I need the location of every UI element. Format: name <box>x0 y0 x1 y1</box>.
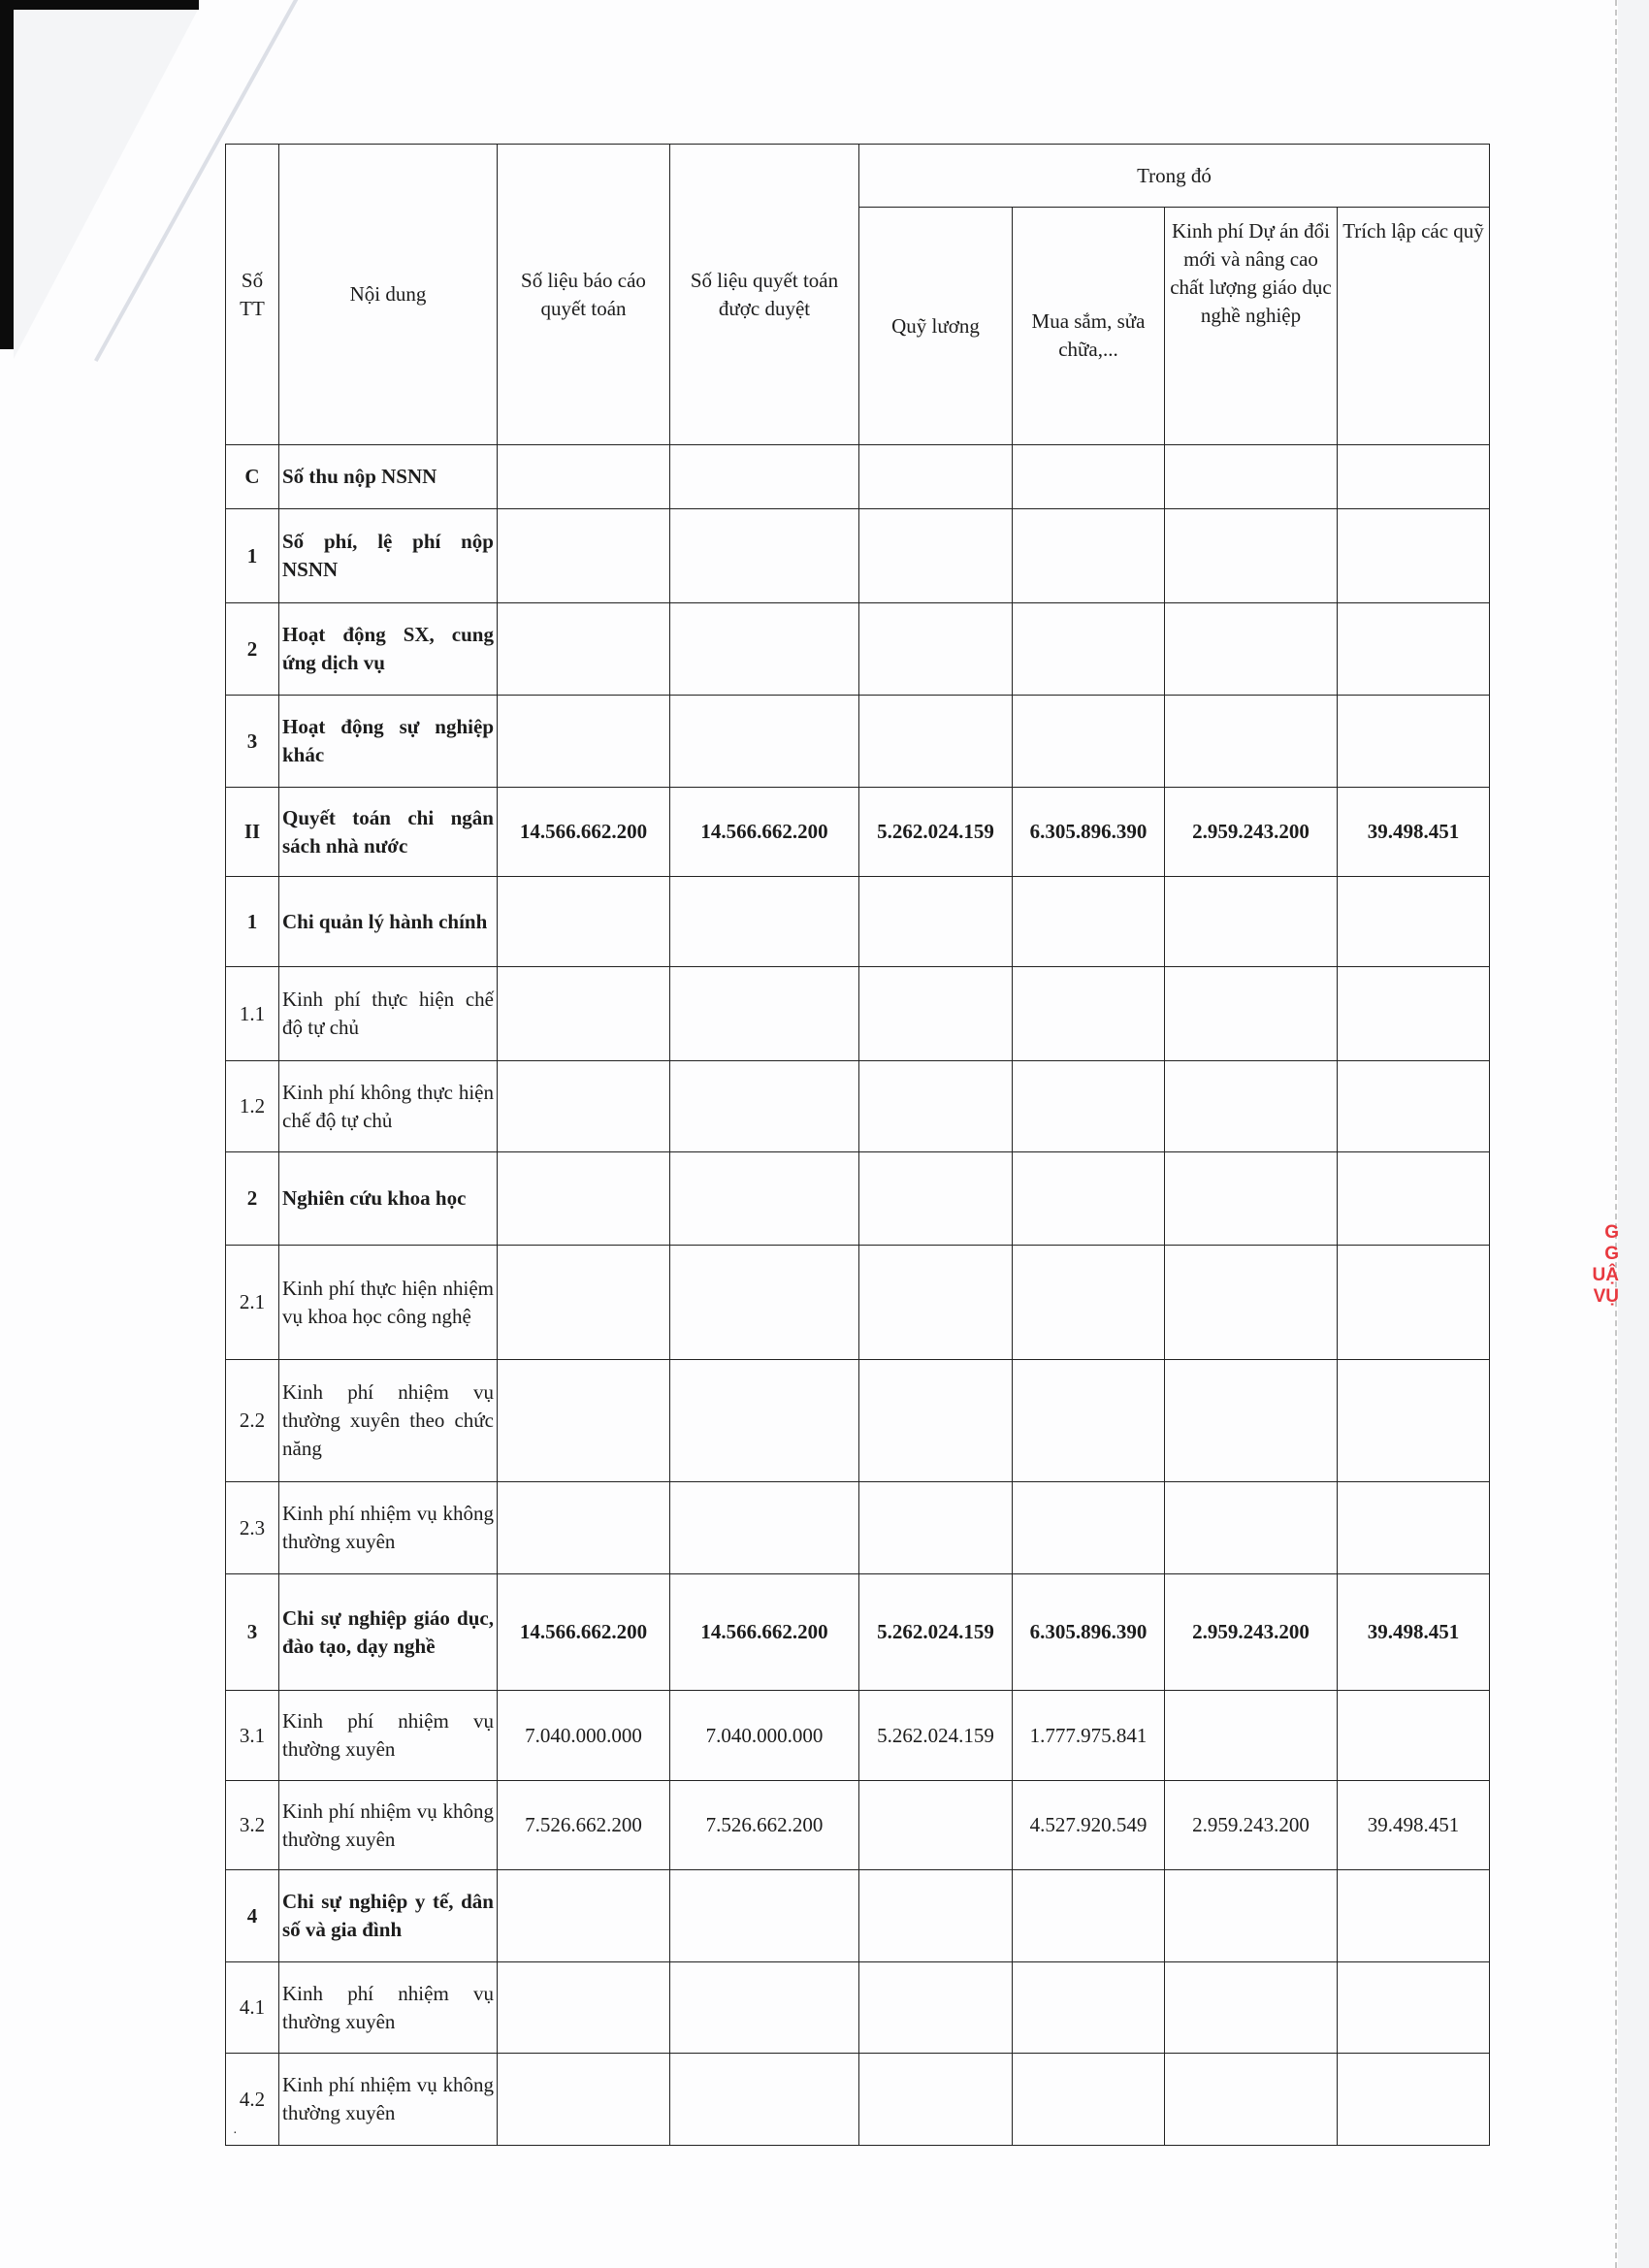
scan-border-left <box>0 0 14 349</box>
header-procurement: Mua sắm, sửa chữa,... <box>1013 208 1165 445</box>
row-content: Kinh phí không thực hiện chế độ tự chủ <box>279 1061 498 1152</box>
table-row: 3.1Kinh phí nhiệm vụ thường xuyên7.040.0… <box>226 1691 1490 1781</box>
row-content: Kinh phí thực hiện nhiệm vụ khoa học côn… <box>279 1246 498 1360</box>
salary-value <box>859 1781 1013 1870</box>
reported-value: 14.566.662.200 <box>498 1574 670 1691</box>
table-row: 4.2Kinh phí nhiệm vụ không thường xuyên <box>226 2054 1490 2146</box>
table-row: CSố thu nộp NSNN <box>226 445 1490 509</box>
project-value: 2.959.243.200 <box>1165 788 1338 877</box>
reported-value <box>498 696 670 788</box>
stamp-text: G G UẬ VỤ <box>1593 1222 1619 1308</box>
project-value <box>1165 1962 1338 2054</box>
approved-value <box>670 1152 859 1246</box>
salary-value <box>859 1870 1013 1962</box>
funds-value <box>1338 1962 1490 2054</box>
row-content: Kinh phí thực hiện chế độ tự chủ <box>279 967 498 1061</box>
row-content: Chi sự nghiệp giáo dục, đào tạo, dạy ngh… <box>279 1574 498 1691</box>
procurement-value <box>1013 1152 1165 1246</box>
header-approved: Số liệu quyết toán được duyệt <box>670 145 859 445</box>
row-number: II <box>226 788 279 877</box>
approved-value: 14.566.662.200 <box>670 1574 859 1691</box>
reported-value <box>498 967 670 1061</box>
row-content: Quyết toán chi ngân sách nhà nước <box>279 788 498 877</box>
row-number: 2.3 <box>226 1482 279 1574</box>
row-number: 2.2 <box>226 1360 279 1482</box>
procurement-value: 6.305.896.390 <box>1013 788 1165 877</box>
salary-value <box>859 696 1013 788</box>
project-value <box>1165 445 1338 509</box>
table-row: 3Hoạt động sự nghiệp khác <box>226 696 1490 788</box>
reported-value <box>498 1360 670 1482</box>
row-content: Kinh phí nhiệm vụ thường xuyên theo chức… <box>279 1360 498 1482</box>
header-stt: Số TT <box>226 145 279 445</box>
row-number: 4 <box>226 1870 279 1962</box>
reported-value <box>498 2054 670 2146</box>
funds-value <box>1338 696 1490 788</box>
funds-value <box>1338 603 1490 696</box>
table-row: 3Chi sự nghiệp giáo dục, đào tạo, dạy ng… <box>226 1574 1490 1691</box>
procurement-value <box>1013 603 1165 696</box>
procurement-value <box>1013 967 1165 1061</box>
funds-value <box>1338 877 1490 967</box>
row-number: C <box>226 445 279 509</box>
scan-border-top <box>0 0 199 10</box>
salary-value <box>859 1962 1013 2054</box>
row-content: Hoạt động SX, cung ứng dịch vụ <box>279 603 498 696</box>
salary-value <box>859 445 1013 509</box>
table-row: 1.2Kinh phí không thực hiện chế độ tự ch… <box>226 1061 1490 1152</box>
project-value <box>1165 1246 1338 1360</box>
table-row: 3.2Kinh phí nhiệm vụ không thường xuyên7… <box>226 1781 1490 1870</box>
procurement-value <box>1013 1246 1165 1360</box>
header-project: Kinh phí Dự án đổi mới và nâng cao chất … <box>1165 208 1338 445</box>
row-number: 1 <box>226 509 279 603</box>
project-value <box>1165 1482 1338 1574</box>
funds-value <box>1338 967 1490 1061</box>
budget-settlement-table: Số TT Nội dung Số liệu báo cáo quyết toá… <box>225 144 1490 2146</box>
project-value: 2.959.243.200 <box>1165 1781 1338 1870</box>
project-value <box>1165 1360 1338 1482</box>
header-content: Nội dung <box>279 145 498 445</box>
approved-value <box>670 696 859 788</box>
project-value <box>1165 603 1338 696</box>
row-content: Kinh phí nhiệm vụ không thường xuyên <box>279 1482 498 1574</box>
table-row: 1Chi quản lý hành chính <box>226 877 1490 967</box>
procurement-value <box>1013 1482 1165 1574</box>
row-number: 3.1 <box>226 1691 279 1781</box>
approved-value <box>670 1061 859 1152</box>
row-content: Kinh phí nhiệm vụ không thường xuyên <box>279 1781 498 1870</box>
approved-value: 7.040.000.000 <box>670 1691 859 1781</box>
salary-value <box>859 877 1013 967</box>
approved-value <box>670 603 859 696</box>
row-content: Chi sự nghiệp y tế, dân số và gia đình <box>279 1870 498 1962</box>
approved-value <box>670 1962 859 2054</box>
salary-value: 5.262.024.159 <box>859 1691 1013 1781</box>
row-number: 3 <box>226 1574 279 1691</box>
row-number: 1.1 <box>226 967 279 1061</box>
reported-value <box>498 1061 670 1152</box>
folded-page-corner <box>14 10 198 359</box>
salary-value <box>859 509 1013 603</box>
project-value <box>1165 509 1338 603</box>
project-value <box>1165 696 1338 788</box>
funds-value: 39.498.451 <box>1338 1781 1490 1870</box>
row-number: 3.2 <box>226 1781 279 1870</box>
row-number: 3 <box>226 696 279 788</box>
salary-value <box>859 1360 1013 1482</box>
reported-value: 7.526.662.200 <box>498 1781 670 1870</box>
project-value <box>1165 877 1338 967</box>
project-value <box>1165 1870 1338 1962</box>
row-content: Kinh phí nhiệm vụ thường xuyên <box>279 1691 498 1781</box>
scan-speck: · <box>233 2126 238 2142</box>
table-row: 2.3Kinh phí nhiệm vụ không thường xuyên <box>226 1482 1490 1574</box>
header-reported: Số liệu báo cáo quyết toán <box>498 145 670 445</box>
salary-value <box>859 1246 1013 1360</box>
salary-value: 5.262.024.159 <box>859 1574 1013 1691</box>
row-number: 1 <box>226 877 279 967</box>
table-row: 2Hoạt động SX, cung ứng dịch vụ <box>226 603 1490 696</box>
reported-value: 7.040.000.000 <box>498 1691 670 1781</box>
reported-value <box>498 603 670 696</box>
funds-value <box>1338 1360 1490 1482</box>
table-row: 4Chi sự nghiệp y tế, dân số và gia đình <box>226 1870 1490 1962</box>
table-row: 1Số phí, lệ phí nộp NSNN <box>226 509 1490 603</box>
approved-value <box>670 509 859 603</box>
table-row: 1.1Kinh phí thực hiện chế độ tự chủ <box>226 967 1490 1061</box>
funds-value <box>1338 1691 1490 1781</box>
salary-value <box>859 2054 1013 2146</box>
table-row: 2.2Kinh phí nhiệm vụ thường xuyên theo c… <box>226 1360 1490 1482</box>
project-value <box>1165 1152 1338 1246</box>
funds-value <box>1338 1870 1490 1962</box>
procurement-value <box>1013 1061 1165 1152</box>
procurement-value <box>1013 1870 1165 1962</box>
funds-value <box>1338 1246 1490 1360</box>
row-number: 1.2 <box>226 1061 279 1152</box>
row-number: 4.1 <box>226 1962 279 2054</box>
procurement-value <box>1013 2054 1165 2146</box>
approved-value <box>670 967 859 1061</box>
procurement-value: 4.527.920.549 <box>1013 1781 1165 1870</box>
salary-value <box>859 603 1013 696</box>
approved-value <box>670 877 859 967</box>
table-row: IIQuyết toán chi ngân sách nhà nước14.56… <box>226 788 1490 877</box>
table-row: 2Nghiên cứu khoa học <box>226 1152 1490 1246</box>
reported-value <box>498 1482 670 1574</box>
reported-value <box>498 1246 670 1360</box>
reported-value <box>498 1870 670 1962</box>
row-content: Hoạt động sự nghiệp khác <box>279 696 498 788</box>
funds-value <box>1338 445 1490 509</box>
project-value <box>1165 1691 1338 1781</box>
row-content: Nghiên cứu khoa học <box>279 1152 498 1246</box>
header-funds: Trích lập các quỹ <box>1338 208 1490 445</box>
approved-value <box>670 1482 859 1574</box>
table-body: CSố thu nộp NSNN1Số phí, lệ phí nộp NSNN… <box>226 445 1490 2146</box>
red-seal-stamp: G G UẬ VỤ <box>1557 1116 1625 1407</box>
approved-value: 14.566.662.200 <box>670 788 859 877</box>
table-row: 2.1Kinh phí thực hiện nhiệm vụ khoa học … <box>226 1246 1490 1360</box>
approved-value <box>670 1870 859 1962</box>
row-content: Kinh phí nhiệm vụ thường xuyên <box>279 1962 498 2054</box>
procurement-value <box>1013 445 1165 509</box>
approved-value: 7.526.662.200 <box>670 1781 859 1870</box>
reported-value <box>498 1152 670 1246</box>
procurement-value <box>1013 1360 1165 1482</box>
reported-value: 14.566.662.200 <box>498 788 670 877</box>
funds-value: 39.498.451 <box>1338 1574 1490 1691</box>
header-group-trong-do: Trong đó <box>859 145 1490 208</box>
approved-value <box>670 1360 859 1482</box>
salary-value: 5.262.024.159 <box>859 788 1013 877</box>
funds-value <box>1338 1152 1490 1246</box>
header-salary: Quỹ lương <box>859 208 1013 445</box>
funds-value <box>1338 509 1490 603</box>
funds-value <box>1338 1061 1490 1152</box>
approved-value <box>670 445 859 509</box>
project-value <box>1165 1061 1338 1152</box>
procurement-value: 1.777.975.841 <box>1013 1691 1165 1781</box>
salary-value <box>859 1482 1013 1574</box>
reported-value <box>498 1962 670 2054</box>
reported-value <box>498 445 670 509</box>
salary-value <box>859 1061 1013 1152</box>
row-content: Kinh phí nhiệm vụ không thường xuyên <box>279 2054 498 2146</box>
table-row: 4.1Kinh phí nhiệm vụ thường xuyên <box>226 1962 1490 2054</box>
funds-value <box>1338 1482 1490 1574</box>
row-content: Số thu nộp NSNN <box>279 445 498 509</box>
row-number: 2 <box>226 603 279 696</box>
project-value: 2.959.243.200 <box>1165 1574 1338 1691</box>
approved-value <box>670 1246 859 1360</box>
salary-value <box>859 967 1013 1061</box>
row-number: 2.1 <box>226 1246 279 1360</box>
row-content: Số phí, lệ phí nộp NSNN <box>279 509 498 603</box>
approved-value <box>670 2054 859 2146</box>
funds-value <box>1338 2054 1490 2146</box>
reported-value <box>498 877 670 967</box>
project-value <box>1165 967 1338 1061</box>
procurement-value: 6.305.896.390 <box>1013 1574 1165 1691</box>
project-value <box>1165 2054 1338 2146</box>
salary-value <box>859 1152 1013 1246</box>
funds-value: 39.498.451 <box>1338 788 1490 877</box>
procurement-value <box>1013 877 1165 967</box>
procurement-value <box>1013 696 1165 788</box>
procurement-value <box>1013 509 1165 603</box>
procurement-value <box>1013 1962 1165 2054</box>
row-number: 2 <box>226 1152 279 1246</box>
row-content: Chi quản lý hành chính <box>279 877 498 967</box>
reported-value <box>498 509 670 603</box>
